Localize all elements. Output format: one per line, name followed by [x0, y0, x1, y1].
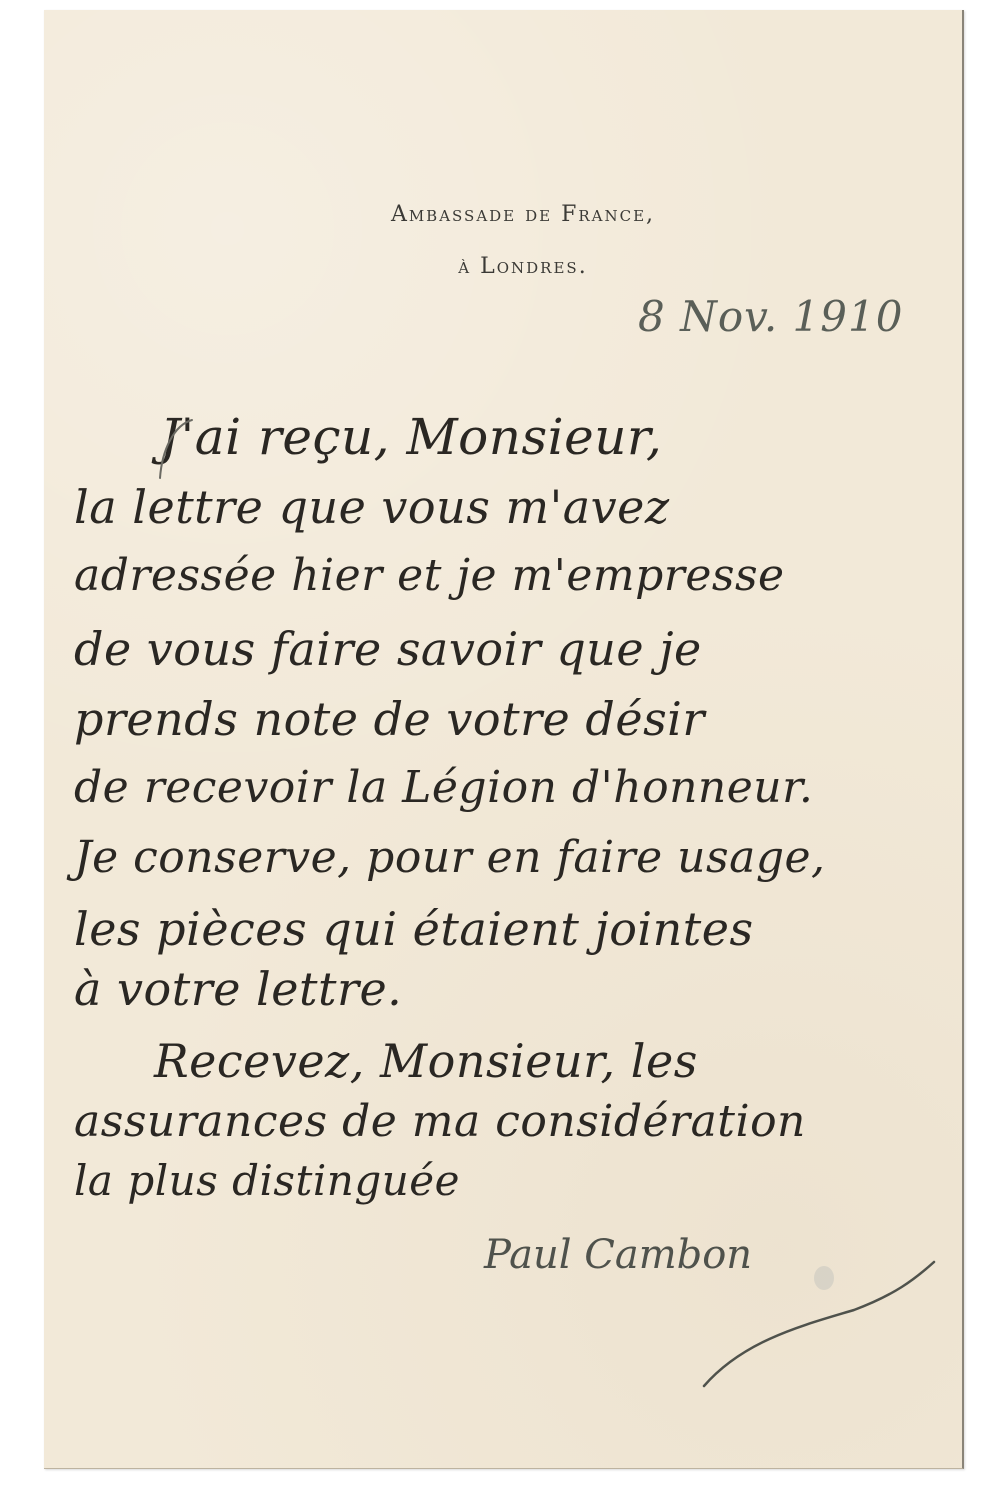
body-line-7: Je conserve, pour en faire usage, [74, 832, 826, 883]
body-line-2: la lettre que vous m'avez [74, 480, 670, 534]
letter-page: Ambassade de France, à Londres. 8 Nov. 1… [44, 10, 964, 1469]
body-line-1: J'ai reçu, Monsieur, [160, 408, 662, 466]
body-line-8: les pièces qui étaient jointes [74, 902, 754, 956]
letterhead-embassy: Ambassade de France, [44, 202, 962, 227]
body-line-3: adressée hier et je m'empresse [74, 550, 785, 601]
body-line-5: prends note de votre désir [74, 692, 705, 746]
letter-date: 8 Nov. 1910 [638, 292, 903, 341]
body-line-9: à votre lettre. [74, 962, 402, 1016]
closing-line-2: assurances de ma considération [74, 1096, 806, 1147]
closing-line-3: la plus distinguée [74, 1156, 460, 1205]
body-line-4: de vous faire savoir que je [74, 622, 702, 676]
closing-line-1: Recevez, Monsieur, les [154, 1034, 698, 1088]
body-line-6: de recevoir la Légion d'honneur. [74, 762, 813, 813]
signature: Paul Cambon [484, 1232, 752, 1278]
letterhead-city: à Londres. [44, 254, 962, 279]
